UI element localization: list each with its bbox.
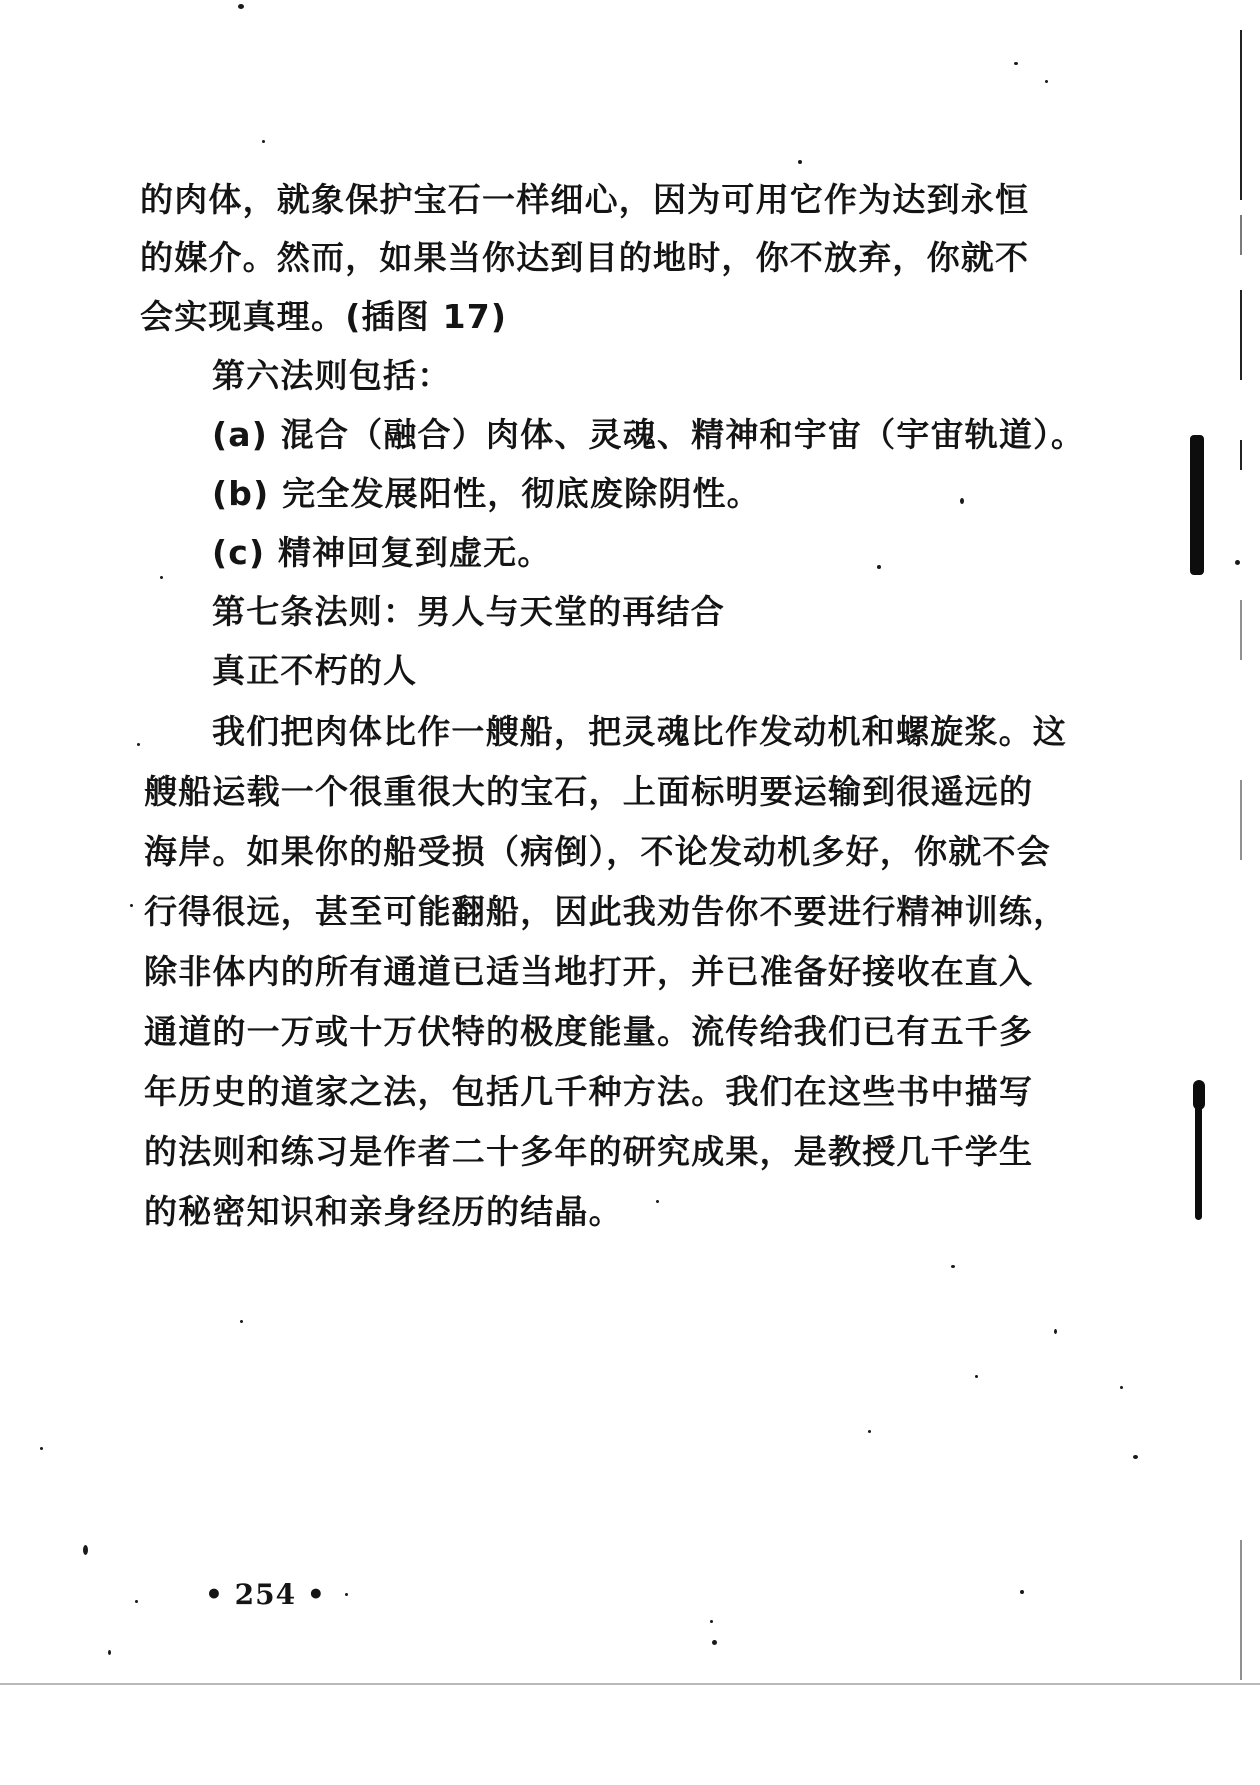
scan-speck bbox=[877, 565, 881, 569]
text-line-3-figure-reference: 会实现真理。(插图 17) bbox=[140, 295, 507, 339]
scan-speck bbox=[710, 1620, 713, 1623]
scan-speck bbox=[1054, 1329, 1057, 1334]
sixth-law-item-c: (c) 精神回复到虚无。 bbox=[212, 531, 552, 575]
text-line-11: 艘船运载一个很重很大的宝石，上面标明要运输到很遥远的 bbox=[144, 770, 1033, 814]
scan-speck bbox=[1235, 560, 1240, 565]
scan-speck bbox=[137, 743, 140, 746]
scan-speck bbox=[656, 1200, 659, 1203]
scan-speck bbox=[238, 4, 244, 9]
scan-edge-line bbox=[1240, 600, 1242, 660]
scan-speck bbox=[160, 576, 163, 579]
text-line-18: 的秘密知识和亲身经历的结晶。 bbox=[144, 1190, 623, 1234]
page-number: • 254 • bbox=[205, 1578, 326, 1611]
scan-edge-line bbox=[1240, 215, 1242, 255]
sixth-law-item-b: (b) 完全发展阳性，彻底废除阴性。 bbox=[212, 472, 761, 516]
text-line-17: 的法则和练习是作者二十多年的研究成果，是教授几千学生 bbox=[144, 1130, 1033, 1174]
scan-speck bbox=[798, 160, 802, 164]
text-line-paragraph-start: 我们把肉体比作一艘船，把灵魂比作发动机和螺旋浆。这 bbox=[212, 710, 1067, 754]
scan-speck bbox=[130, 904, 133, 907]
scan-speck bbox=[1020, 1590, 1024, 1594]
scan-speck bbox=[868, 1430, 871, 1433]
text-line-16: 年历史的道家之法，包括几千种方法。我们在这些书中描写 bbox=[144, 1070, 1033, 1114]
scan-edge-line bbox=[1240, 780, 1242, 860]
text-line-2: 的媒介。然而，如果当你达到目的地时，你不放弃，你就不 bbox=[140, 236, 1029, 280]
scan-speck bbox=[712, 1640, 717, 1645]
scan-speck bbox=[1120, 1386, 1123, 1389]
scan-speck bbox=[83, 1545, 88, 1555]
scan-speck bbox=[1014, 62, 1018, 65]
scan-speck bbox=[108, 1650, 111, 1655]
scan-speck bbox=[1133, 1455, 1138, 1459]
scan-speck bbox=[345, 1593, 348, 1596]
text-line-13: 行得很远，甚至可能翻船，因此我劝告你不要进行精神训练， bbox=[144, 890, 1067, 934]
text-line-15: 通道的一万或十万伏特的极度能量。流传给我们已有五千多 bbox=[144, 1010, 1033, 1054]
scan-smudge bbox=[1195, 1105, 1202, 1220]
scanned-page: 的肉体，就象保护宝石一样细心，因为可用它作为达到永恒 的媒介。然而，如果当你达到… bbox=[0, 0, 1260, 1683]
scan-speck bbox=[975, 1375, 978, 1378]
scan-edge-line bbox=[1240, 30, 1242, 200]
text-line-1: 的肉体，就象保护宝石一样细心，因为可用它作为达到永恒 bbox=[140, 178, 1029, 222]
scan-edge-line bbox=[1240, 290, 1242, 380]
scan-speck bbox=[951, 1265, 955, 1268]
blank-margin bbox=[0, 1685, 1260, 1785]
scan-speck bbox=[135, 1600, 138, 1603]
seventh-law-subheading: 真正不朽的人 bbox=[212, 649, 417, 693]
scan-edge-line bbox=[1240, 1540, 1242, 1680]
scan-speck bbox=[960, 498, 964, 504]
scan-speck bbox=[240, 1320, 243, 1323]
scan-speck bbox=[262, 140, 265, 143]
scan-speck bbox=[40, 1447, 43, 1450]
text-line-14: 除非体内的所有通道已适当地打开，并已准备好接收在直入 bbox=[144, 950, 1033, 994]
scan-smudge bbox=[1190, 435, 1204, 575]
seventh-law-heading: 第七条法则：男人与天堂的再结合 bbox=[212, 590, 725, 634]
text-line-12: 海岸。如果你的船受损（病倒），不论发动机多好，你就不会 bbox=[144, 830, 1051, 874]
scan-speck bbox=[1045, 80, 1048, 83]
scan-edge-line bbox=[1240, 440, 1242, 470]
sixth-law-item-a: (a) 混合（融合）肉体、灵魂、精神和宇宙（宇宙轨道）。 bbox=[212, 413, 1085, 457]
sixth-law-heading: 第六法则包括： bbox=[212, 354, 451, 398]
